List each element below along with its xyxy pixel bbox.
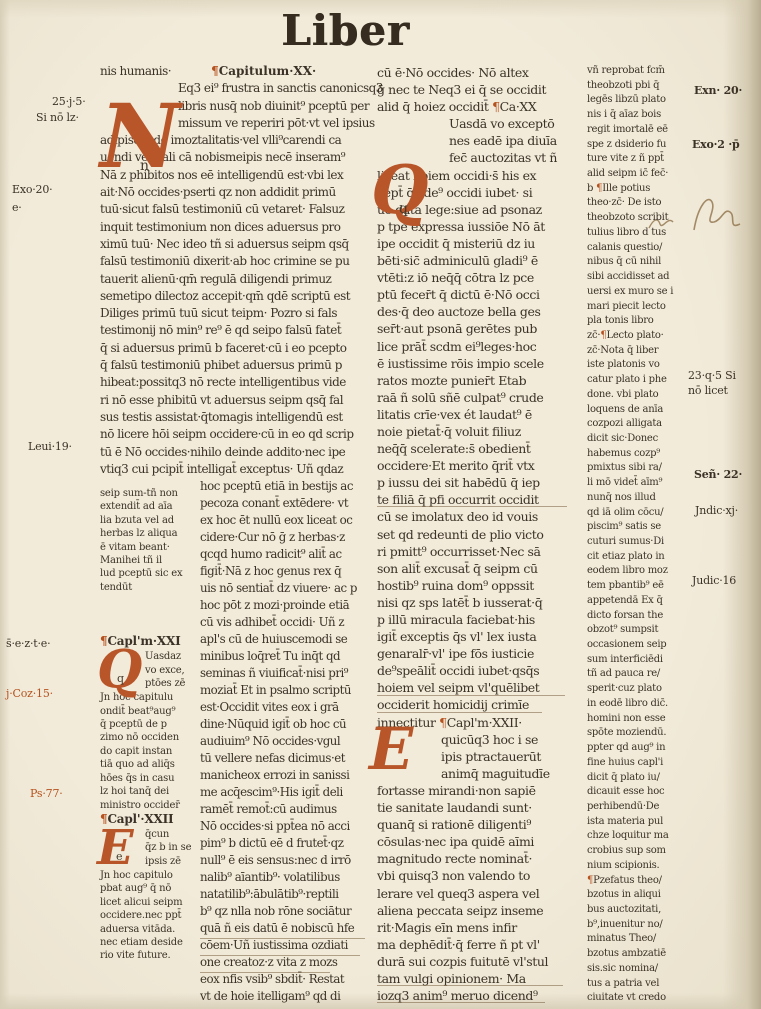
text-line: hostib⁹ ruina dom⁹ oppssit	[377, 577, 577, 594]
column1-heading-row: nis humanis· ¶Capitulum·XX·	[100, 63, 374, 80]
margin-note-23-q-5: 23·q·5 Sinō licet	[688, 368, 736, 398]
text-line: semetipo dilectoz accepit·qm̄ qdē script…	[100, 288, 374, 305]
text-line: igit̄ exceptis q̄s vl' lex iusta	[377, 628, 577, 645]
text-line: de⁹speālit̄ occidi iubet·qsq̄s	[377, 662, 577, 679]
handwritten-annotation	[688, 186, 750, 242]
text-line: cōsulas·nec ipa quidē aīmi	[377, 833, 577, 850]
manuscript-underline	[377, 694, 565, 696]
gloss-line: Uasdaz	[145, 650, 197, 663]
commentary-line: qd iā olim cōcu/	[587, 506, 679, 521]
text-line: ma dephēdit̄·q̄ ferre ñ pt vl'	[377, 936, 577, 953]
text-line: Uasdā vo exceptō	[377, 115, 577, 132]
commentary-line: dicto forsan the	[587, 609, 679, 624]
book-page: { "page": { "title": "Liber" }, "colors"…	[0, 0, 761, 1009]
text-line: noie pietat̄·q̄ voluit filiuz	[377, 423, 577, 440]
catchline: nis humanis·	[100, 63, 171, 80]
text-line: eox nfis vsib⁹ sbdit̄· Restat	[100, 971, 374, 988]
column1-full-lines: adipiscende imoztalitatis·vel vlli⁹caren…	[100, 132, 374, 478]
text-line: p iussu dei sit habēdū q̄ iep	[377, 474, 577, 491]
chapter-21-beside-lines: Uasdazvo exce,ptōes zē	[145, 650, 197, 690]
column1-indent-lines: Eq3 ei⁹ frustra in sanctis canonicsq3lib…	[100, 80, 374, 132]
commentary-line: li mō videt̄ aīm⁹	[587, 476, 679, 491]
text-line: set qd redeunti de plio victo	[377, 526, 577, 543]
gloss-line: tendūt	[100, 581, 197, 594]
text-line: ri pmitt⁹ occurrisset·Nec sā	[377, 543, 577, 560]
gloss-column: seip sum-tñ nonextendit̄ ad aīalia bzuta…	[100, 487, 197, 963]
commentary-line: homini non esse	[587, 712, 679, 727]
gloss-line: ipsis zē	[145, 855, 197, 868]
commentary-line: b ¶Ille potius	[587, 182, 679, 197]
manuscript-underline	[200, 937, 365, 939]
commentary-line: done. vbi plato	[587, 388, 679, 403]
manuscript-underline	[377, 505, 567, 507]
commentary-line: bzotus ambzatiē	[587, 947, 679, 962]
commentary-line: b⁹,inuenitur no/	[587, 918, 679, 933]
commentary-line: tem pbantib⁹ eē	[587, 579, 679, 594]
chapter-21-gloss: Jn hoc capituluondit̄ beat⁹aug⁹q̄ pceptū…	[100, 691, 197, 812]
margin-note-psalm-77: Ps·77·	[30, 787, 63, 800]
commentary-line: dicit q̄ plato iu/	[587, 771, 679, 786]
chapter-22-gloss: Jn hoc capitulopbat aug⁹ q̄ nōlicet alic…	[100, 869, 197, 963]
text-line: Eq3 ei⁹ frustra in sanctis canonicsq3	[100, 80, 374, 97]
commentary-line: tñ ad pauca re/	[587, 667, 679, 682]
gloss-line: Jn hoc capitulu	[100, 691, 197, 704]
commentary-line: cozpozi alligata	[587, 417, 679, 432]
text-line: aliena peccata seipz inseme	[377, 902, 577, 919]
guide-letter-q: q	[399, 201, 408, 217]
chapter-22-beside-lines: q̄cunq̄z b in seipsis zē	[145, 828, 197, 868]
chapter-21-heading: ¶Capl'm·XXI	[100, 634, 197, 648]
commentary-line: in eodē libro dic̄.	[587, 697, 679, 712]
commentary-line: ¶Pzefatus theo/	[587, 874, 679, 889]
text-line: cū ē·Nō occides· Nō altex	[377, 64, 577, 81]
text-line: inquit testimonium non dices aduersus pr…	[100, 219, 374, 236]
text-line: q̄ falsū testimoniū phibet aduersus prim…	[100, 357, 374, 374]
text-line: des·q̄ deo auctoze bella ges	[377, 303, 577, 320]
text-column-2: cū ē·Nō occides· Nō altexḡ nec te Neq3 e…	[377, 64, 577, 1004]
commentary-line: catur plato i phe	[587, 373, 679, 388]
commentary-column: vñ reprobat fcm̄theobzoti pbi q̄legēs li…	[587, 64, 679, 1006]
commentary-line: piscim⁹ satis se	[587, 520, 679, 535]
gloss-line: tiā quo ad aliq̄s	[100, 758, 197, 771]
guide-letter-q: q	[117, 672, 124, 685]
margin-note-e: e·	[12, 201, 22, 214]
gloss-line: aduersa vitāda.	[100, 923, 197, 936]
gloss-line: extendit̄ ad aīa	[100, 500, 197, 513]
text-line: occidere·Et merito q̄rit̄ vtx	[377, 457, 577, 474]
commentary-line: spōte moziendū.	[587, 726, 679, 741]
commentary-line: zc̄·¶Lecto plato·	[587, 329, 679, 344]
text-line: fec̄ auctozitas vt ñ	[377, 149, 577, 166]
commentary-line: perhibendū·De	[587, 800, 679, 815]
manuscript-underline	[200, 954, 360, 956]
commentary-line: habemus cozp⁹	[587, 447, 679, 462]
gloss-line: licet alicui seipm	[100, 896, 197, 909]
commentary-line: dicauit esse hoc	[587, 785, 679, 800]
gloss-line: zimo nō occiden	[100, 731, 197, 744]
commentary-line: calanis questio/	[587, 241, 679, 256]
gloss-line: ē vitam beant·	[100, 541, 197, 554]
text-line: rit·Magis eīn mens infir	[377, 919, 577, 936]
margin-note-judic-16: Judic·16	[692, 574, 736, 587]
commentary-line: ppter qd aug⁹ in	[587, 741, 679, 756]
margin-note-line: nō licet	[688, 383, 736, 398]
commentary-line: alid seipm ic̄ fec̄·	[587, 167, 679, 182]
text-line: raā ñ solū sñē culpat⁹ crude	[377, 389, 577, 406]
commentary-line: cuturi sumus·Di	[587, 535, 679, 550]
text-line: cept̄ q̄s de⁹ occidi iubet· si	[377, 184, 577, 201]
commentary-line: spe z dsiderio fu	[587, 138, 679, 153]
commentary-line: ciuitate vt credo	[587, 991, 679, 1006]
commentary-line: sis.sic nomina/	[587, 962, 679, 977]
gloss-line: rio vite future.	[100, 949, 197, 962]
gloss-line: pbat aug⁹ q̄ nō	[100, 882, 197, 895]
text-line: nisi qz sps latēt̄ b iusserat·q̄	[377, 594, 577, 611]
page-title: Liber	[0, 6, 691, 55]
commentary-line: sperit·cuz plato	[587, 682, 679, 697]
commentary-line: mari piecit lecto	[587, 300, 679, 315]
commentary-line: pmixtus sibi ra/	[587, 461, 679, 476]
text-line: hibeat:possitq3 nō recte intelligentibus…	[100, 374, 374, 391]
text-line: magnitudo recte nominat̄·	[377, 850, 577, 867]
commentary-line: vñ reprobat fcm̄	[587, 64, 679, 79]
text-line: ptū fecer̄t q̄ dictū ē·Nō occi	[377, 286, 577, 303]
commentary-line: theo·zc̄· De isto	[587, 196, 679, 211]
chapter-21-initial-block: Q q Uasdazvo exce,ptōes zē	[100, 650, 197, 691]
gloss-line: Manihei tñ il	[100, 554, 197, 567]
column2-indent-lines: Uasdā vo exceptōnes eadē ipa diuīafec̄ a…	[377, 115, 577, 166]
gloss-line: ministro occider̄	[100, 799, 197, 812]
commentary-line: fine huius capl'i	[587, 756, 679, 771]
chapter-20-heading: ¶Capitulum·XX·	[211, 63, 316, 80]
commentary-line: bus auctozitati,	[587, 903, 679, 918]
text-line: ser̄t·aut psonā gerētes pub	[377, 320, 577, 337]
text-line: fortasse mirandi·non sapiē	[377, 782, 577, 799]
text-line: alid q̄ hoiez occidit̄ ¶Ca·XX	[377, 98, 577, 115]
text-line: ipe occidit q̄ misteriū dz iu	[377, 235, 577, 252]
column2-top-lines: cū ē·Nō occides· Nō altexḡ nec te Neq3 e…	[377, 64, 577, 115]
commentary-line: eodem libro moz	[587, 564, 679, 579]
commentary-line: theobzoto scribit	[587, 211, 679, 226]
text-line: ximū tuū· Nec ideo tñ si aduersus seipm …	[100, 236, 374, 253]
gloss-line: ondit̄ beat⁹aug⁹	[100, 705, 197, 718]
chapter-22-initial-block: E e q̄cunq̄z b in seipsis zē	[100, 828, 197, 869]
text-line: p tpe expressa iussiōe Nō āt	[377, 218, 577, 235]
commentary-line: sum interficiēdi	[587, 653, 679, 668]
text-line: ḡ nec te Neq3 ei q̄ se occidit	[377, 81, 577, 98]
margin-note-1-cor-15: j·Coz·15·	[6, 687, 53, 700]
margin-note-exo-2: Exo·2 ·p̄	[692, 138, 740, 151]
commentary-line: uersi ex muro se i	[587, 285, 679, 300]
text-line: liceat hoiem occidi·s̄ his ex	[377, 167, 577, 184]
text-line: ipis ptractauerūt	[377, 748, 577, 765]
text-line: vtēti:z iō neq̄q̄ cōtra lz pce	[377, 269, 577, 286]
gloss-line: vo exce,	[145, 664, 197, 677]
gloss-line: q̄cun	[145, 828, 197, 841]
manuscript-underline	[377, 984, 563, 986]
margin-note-line: 23·q·5 Si	[688, 368, 736, 383]
text-line: tauerit alienū·qm̄ regulā diligendi prim…	[100, 271, 374, 288]
gloss-line: lud pceptū sic ex	[100, 567, 197, 580]
text-line: ē iustissime rōis impio scele	[377, 355, 577, 372]
text-line: genaralr̄·vl' ipe fōs iusticie	[377, 645, 577, 662]
guide-letter-e: e	[116, 850, 123, 863]
commentary-line: bzotus in aliqui	[587, 888, 679, 903]
text-line: bēti·sic̄ adminiculū gladi⁹ ē	[377, 252, 577, 269]
commentary-line: minatus Theo/	[587, 932, 679, 947]
text-line: adipiscende imoztalitatis·vel vlli⁹caren…	[100, 132, 374, 149]
gloss-line: Jn hoc capitulo	[100, 869, 197, 882]
commentary-line: nibus q̄ cū nihil	[587, 255, 679, 270]
commentary-line: zc̄·Nota q̄ liber	[587, 344, 679, 359]
commentary-line: theobzoti pbi q̄	[587, 79, 679, 94]
text-line: missum ve reperiri pōt·vt vel ipsius	[100, 115, 374, 132]
gloss-line: lz hoi tanq̄ dei	[100, 785, 197, 798]
text-line: p illū miracula faciebat·his	[377, 611, 577, 628]
column2-mid-lines: liceat hoiem occidi·s̄ his except̄ q̄s d…	[377, 167, 577, 731]
text-line: durā sui cozpis fuitutē vl'stul	[377, 953, 577, 970]
column2-bottom-lines: fortasse mirandi·non sapiētie sanitate l…	[377, 782, 577, 1004]
guide-letter-n: n	[140, 158, 149, 174]
manuscript-underline	[377, 1001, 545, 1003]
commentary-line: ista materia pul	[587, 815, 679, 830]
commentary-line: tulius libro d tus	[587, 226, 679, 241]
commentary-line: nium scipionis.	[587, 859, 679, 874]
gloss-line: ptōes zē	[145, 677, 197, 690]
text-line: nes eadē ipa diuīa	[377, 132, 577, 149]
commentary-line: chze loquitur ma	[587, 829, 679, 844]
margin-note-judic-xj: Jndic·xj·	[695, 504, 738, 517]
commentary-line: pla tonis libro	[587, 314, 679, 329]
text-line: ratos mozte punier̄t Etab	[377, 372, 577, 389]
gloss-line: q̄z b in se	[145, 841, 197, 854]
text-line: vtiq3 cui pcipit̄ intelligat̄ exceptus· …	[100, 461, 374, 478]
gloss-line: herbas lz aliqua	[100, 527, 197, 540]
gloss-line: q̄ pceptū de p	[100, 718, 197, 731]
text-line: innectitur ¶Capl'm·XXII·	[377, 714, 577, 731]
commentary-line: tus a patria vel	[587, 977, 679, 992]
margin-note-si-non: Si nō lz·	[36, 111, 79, 124]
text-line: animq̄ maguitudīe	[377, 765, 577, 782]
commentary-line: ture vite z ñ ppt̄	[587, 152, 679, 167]
text-line: lice prāt̄ scdm ei⁹leges·hoc	[377, 338, 577, 355]
commentary-line: crobius sup som	[587, 844, 679, 859]
column2-indent2-lines: quicūq3 hoc i seipis ptractauerūtanimq̄ …	[377, 731, 577, 782]
text-line: vt de hoie itelligam⁹ qd di	[100, 988, 374, 1005]
text-line: testimonij nō min⁹ re⁹ ē qd seipo falsū …	[100, 322, 374, 339]
commentary-lines: vñ reprobat fcm̄theobzoti pbi q̄legēs li…	[587, 64, 679, 1006]
commentary-line: regit imortalē eē	[587, 123, 679, 138]
text-line: son alit̄ excusat̄ q̄ seipm cū	[377, 560, 577, 577]
text-line: ait·Nō occides·pserti qz non addidit pri…	[100, 184, 374, 201]
text-line: lerare vel queq3 aspera vel	[377, 885, 577, 902]
gloss-line: lia bzuta vel ad	[100, 514, 197, 527]
gloss-line: nec etiam deside	[100, 936, 197, 949]
margin-note-25-1-5: 25·j·5·	[52, 95, 86, 108]
margin-note-seneca-22: Señ· 22·	[694, 468, 742, 481]
gloss-block-1: seip sum-tñ nonextendit̄ ad aīalia bzuta…	[100, 487, 197, 594]
commentary-line: nunq̄ nos illud	[587, 491, 679, 506]
text-line: Diliges primū tuū sicut teipm· Pozro si …	[100, 305, 374, 322]
text-line: litatis crīe·vex ét laudat⁹ ē	[377, 406, 577, 423]
margin-note-sigla: s̄·e·z·t·e·	[6, 637, 50, 650]
margin-note-exn-20: Exn· 20·	[694, 84, 742, 97]
text-line: quicūq3 hoc i se	[377, 731, 577, 748]
text-line: falsū testimoniū dixerit·ab hoc crimine …	[100, 253, 374, 270]
margin-note-leviticus-19: Leui·19·	[28, 440, 72, 453]
commentary-line: iste platonis vo	[587, 358, 679, 373]
gloss-line: seip sum-tñ non	[100, 487, 197, 500]
commentary-line: sibi accidisset ad	[587, 270, 679, 285]
text-line: vbi quisq3 non valendo to	[377, 867, 577, 884]
commentary-line: appetendā Ex q̄	[587, 594, 679, 609]
manuscript-underline	[200, 971, 330, 973]
text-line: tuū·sicut falsū testimoniū cū vetaret· F…	[100, 201, 374, 218]
margin-note-exodus-20: Exo·20·	[12, 183, 52, 196]
manuscript-underline	[377, 711, 542, 713]
gloss-line: occidere.nec ppt̄	[100, 909, 197, 922]
text-line: libris nusq̄ nob diuinit⁹ pceptū per	[100, 98, 374, 115]
text-line: nō licere hōi seipm occidere·cū in eo qd…	[100, 426, 374, 443]
commentary-line: occasionem seip	[587, 638, 679, 653]
commentary-line: legēs libzū plato	[587, 93, 679, 108]
text-line: neq̄q̄ scelerate:s̄ obedient̄	[377, 440, 577, 457]
text-line: q̄ si aduersus primū b faceret·cū i eo p…	[100, 340, 374, 357]
commentary-line: nis i q̄ aīaz bois	[587, 108, 679, 123]
text-line: ri nō esse phibitū vt aduersus seipm qsq…	[100, 392, 374, 409]
gloss-line: do capit instan	[100, 745, 197, 758]
text-line: sus testis assistat·q̄tomagis intelligen…	[100, 409, 374, 426]
text-line: tie sanitate laudandi sunt·	[377, 799, 577, 816]
commentary-line: loquens de anīa	[587, 403, 679, 418]
text-line: quanq̄ si rationē diligenti⁹	[377, 816, 577, 833]
commentary-line: dicit sic·Donec	[587, 432, 679, 447]
text-line: tū ē Nō occides·nihilo deinde addito·nec…	[100, 444, 374, 461]
chapter-22-heading: ¶Capl'·XXII	[100, 812, 197, 826]
text-line: cū se imolatux deo id vouis	[377, 508, 577, 525]
commentary-line: cit etiaz plato in	[587, 550, 679, 565]
commentary-line: obzot⁹ sumpsit	[587, 623, 679, 638]
gloss-line: hōes q̄s in casu	[100, 772, 197, 785]
